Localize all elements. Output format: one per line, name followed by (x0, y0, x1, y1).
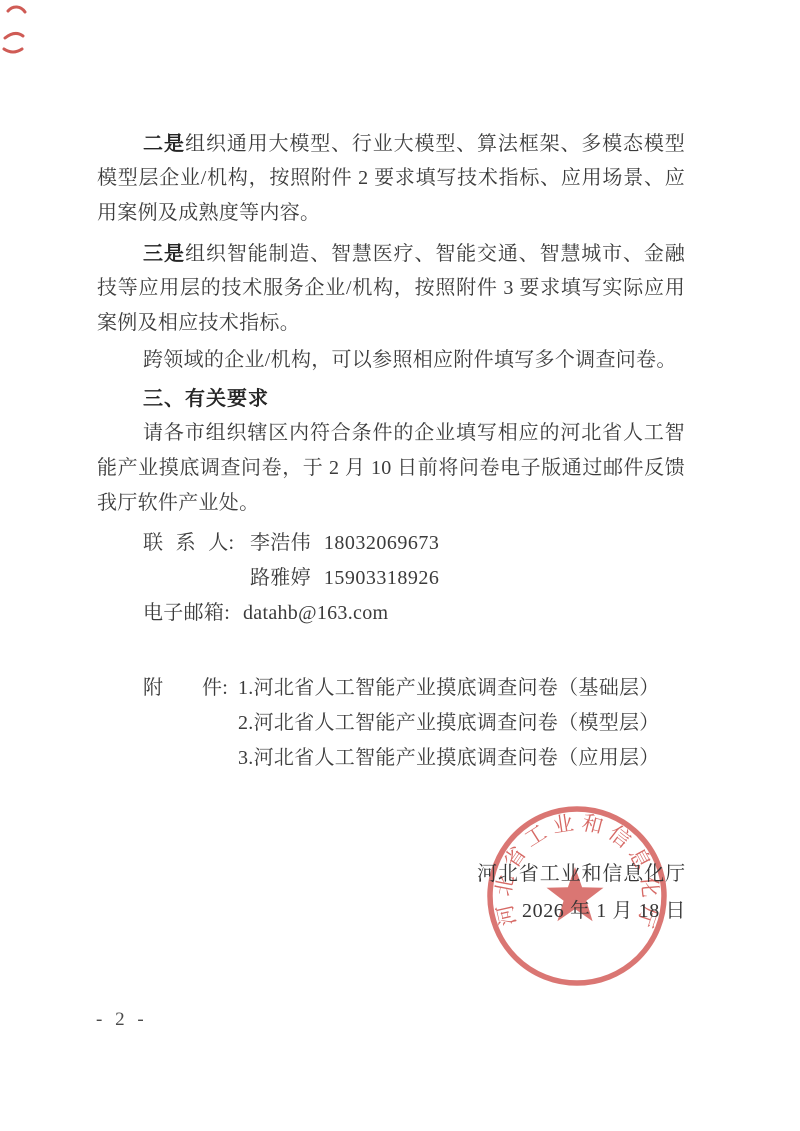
text-line: 请各市组织辖区内符合条件的企业填写相应的河北省人工智 (97, 416, 685, 451)
attachment-item: 3.河北省人工智能产业摸底调查问卷（应用层） (238, 741, 660, 776)
section-heading: 三、有关要求 (97, 381, 685, 416)
paragraph-cross-domain: 跨领域的企业/机构，可以参照相应附件填写多个调查问卷。 (97, 343, 685, 378)
text-line: 能产业摸底调查问卷，于 2 月 10 日前将问卷电子版通过邮件反馈 (97, 451, 685, 486)
red-ink-strokes (4, 7, 25, 52)
contact-phone: 18032069673 (324, 526, 440, 561)
contact-block: 联 系 人:李浩伟18032069673 路雅婷15903318926 电子邮箱… (97, 526, 685, 631)
paragraph-requirements: 请各市组织辖区内符合条件的企业填写相应的河北省人工智 能产业摸底调查问卷，于 2… (97, 416, 685, 521)
text-line-content: 组织通用大模型、行业大模型、算法框架、多模态模型等 (97, 133, 685, 161)
attachment-row: 附件:1.河北省人工智能产业摸底调查问卷（基础层） (97, 671, 685, 706)
attachment-row: 2.河北省人工智能产业摸底调查问卷（模型层） (97, 706, 685, 741)
signature-date: 2026 年 1 月 18 日 (522, 894, 686, 923)
text-line: 二是组织通用大模型、行业大模型、算法框架、多模态模型等 (97, 126, 685, 161)
paragraph-model-layer: 二是组织通用大模型、行业大模型、算法框架、多模态模型等 模型层企业/机构，按照附… (97, 126, 685, 231)
red-ink-artifact (2, 2, 34, 64)
attachments-block: 附件:1.河北省人工智能产业摸底调查问卷（基础层） 2.河北省人工智能产业摸底调… (97, 671, 685, 776)
paragraph-lead: 三是 (143, 241, 185, 265)
text-line: 模型层企业/机构，按照附件 2 要求填写技术指标、应用场景、应 (97, 161, 685, 196)
email-label: 电子邮箱: (143, 596, 243, 631)
attachments-label: 附 (143, 671, 202, 706)
text-line: 技等应用层的技术服务企业/机构，按照附件 3 要求填写实际应用 (97, 271, 685, 306)
contact-phone: 15903318926 (324, 561, 440, 596)
text-line: 三是组织智能制造、智慧医疗、智能交通、智慧城市、金融科 (97, 236, 685, 271)
attachment-item: 1.河北省人工智能产业摸底调查问卷（基础层） (238, 671, 660, 706)
contact-row: 电子邮箱:datahb@163.com (97, 596, 685, 631)
attachment-item: 2.河北省人工智能产业摸底调查问卷（模型层） (238, 706, 660, 741)
paragraph-lead: 二是 (143, 131, 185, 155)
document-page: 二是组织通用大模型、行业大模型、算法框架、多模态模型等 模型层企业/机构，按照附… (0, 0, 800, 1131)
text-line-content: 组织智能制造、智慧医疗、智能交通、智慧城市、金融科 (97, 243, 685, 271)
signature-org: 河北省工业和信息化厅 (477, 857, 686, 886)
contact-name: 李浩伟 (250, 526, 311, 561)
paragraph-application-layer: 三是组织智能制造、智慧医疗、智能交通、智慧城市、金融科 技等应用层的技术服务企业… (97, 236, 685, 341)
text-line: 我厅软件产业处。 (97, 486, 685, 521)
contact-row: 路雅婷15903318926 (97, 561, 685, 596)
letter-body: 二是组织通用大模型、行业大模型、算法框架、多模态模型等 模型层企业/机构，按照附… (97, 126, 685, 776)
contact-name: 路雅婷 (250, 561, 311, 596)
text-line: 案例及相应技术指标。 (97, 306, 685, 341)
contact-person-label: 联 系 人: (143, 526, 243, 561)
attachment-row: 3.河北省人工智能产业摸底调查问卷（应用层） (97, 741, 685, 776)
text-line: 用案例及成熟度等内容。 (97, 196, 685, 231)
attachments-label-colon: 件: (202, 671, 238, 706)
email-value: datahb@163.com (243, 596, 388, 631)
page-number: - 2 - (96, 1009, 148, 1031)
contact-row: 联 系 人:李浩伟18032069673 (97, 526, 685, 561)
